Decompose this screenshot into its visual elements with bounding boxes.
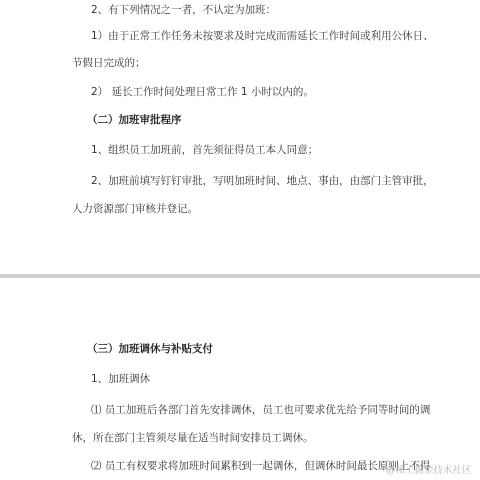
paragraph-condition-2: 2） 延长工作时间处理日常工作 1 小时以内的。: [91, 85, 314, 99]
paragraph-approval-2-cont: 人力资源部门审核并登记。: [72, 202, 198, 216]
paragraph-condition-1: 1）由于正常工作任务未按要求及时完成而需延长工作时间或利用公休日、: [91, 29, 434, 43]
paragraph-non-overtime-conditions: 2、有下列情况之一者，不认定为加班：: [91, 3, 276, 17]
paragraph-time-off: 1、加班调休: [91, 372, 150, 386]
document-page-2: （三）加班调休与补贴支付 1、加班调休 ⑴ 员工加班后各部门首先安排调休，员工也…: [0, 278, 480, 480]
paragraph-approval-2: 2、加班前填写钉钉审批，写明加班时间、地点、事由，由部门主管审批，: [91, 174, 434, 188]
paragraph-time-off-1: ⑴ 员工加班后各部门首先安排调休，员工也可要求优先给予同等时间的调: [91, 403, 430, 417]
section-heading-approval: （二）加班审批程序: [87, 113, 182, 127]
paragraph-time-off-2: ⑵ 员工有权要求将加班时间累积到一起调休，但调休时间最长原则上不得: [91, 459, 430, 473]
paragraph-approval-1: 1、组织员工加班前，首先须征得员工本人同意；: [91, 143, 318, 157]
watermark: @稀土掘金技术社区: [386, 462, 472, 476]
section-heading-compensation: （三）加班调休与补贴支付: [87, 342, 213, 356]
paragraph-condition-1-cont: 节假日完成的；: [72, 56, 146, 70]
paragraph-time-off-1-cont: 休，所在部门主管须尽量在适当时间安排员工调休。: [72, 431, 314, 445]
document-page-1: 2、有下列情况之一者，不认定为加班： 1）由于正常工作任务未按要求及时完成而需延…: [0, 0, 480, 274]
